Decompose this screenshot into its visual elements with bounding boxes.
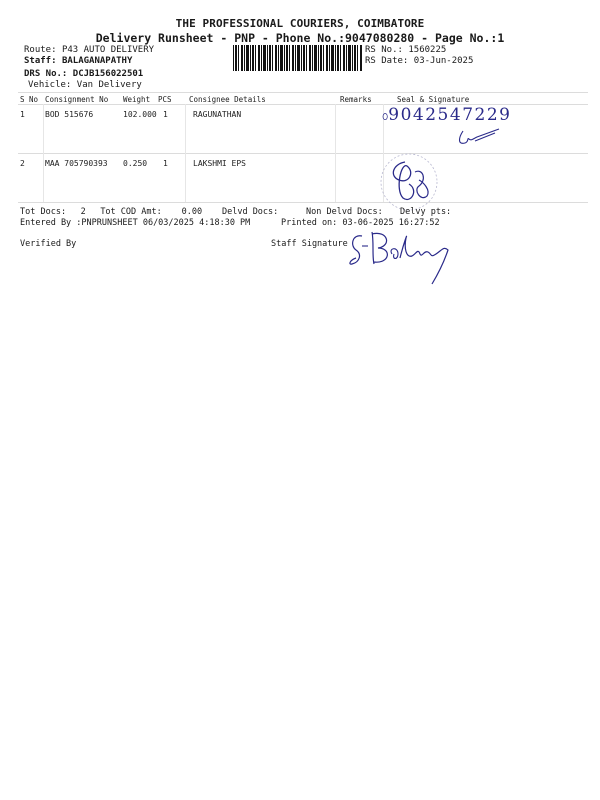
cell-consignment: BOD 515676 [45,110,93,119]
cell-pcs: 1 [163,159,168,168]
delvy-pts-label: Delvy pts: [400,207,451,217]
col-divider [43,104,44,202]
vehicle-value: Van Delivery [77,80,142,90]
printed-on-label: Printed on: [281,218,337,228]
printed-on-value: 03-06-2025 16:27:52 [342,218,439,228]
tot-docs-label: Tot Docs: [20,207,66,217]
col-header-remarks: Remarks [340,95,372,104]
col-divider [335,104,336,202]
entered-by-line: Entered By :PNPRUNSHEET 06/03/2025 4:18:… [20,218,250,228]
printed-on-line: Printed on: 03-06-2025 16:27:52 [281,218,440,228]
staff-label: Staff: [24,56,57,66]
table-bottom-rule [18,202,588,203]
drs-line: DRS No.: DCJB156022501 [24,69,143,79]
runsheet-subtitle: Delivery Runsheet - PNP - Phone No.:9047… [0,31,600,45]
verified-by-label: Verified By [20,239,76,249]
barcode [233,45,363,71]
cell-weight: 102.000 [123,110,157,119]
signature-mark [455,127,505,149]
vehicle-line: Vehicle: Van Delivery [28,80,142,90]
company-title: THE PROFESSIONAL COURIERS, COIMBATORE [0,17,600,30]
cell-sno: 2 [20,159,25,168]
col-header-consignee: Consignee Details [189,95,266,104]
col-header-sno: S No [20,95,38,104]
totals-line: Tot Docs: 2 Tot COD Amt: 0.00 Delvd Docs… [20,207,278,217]
delvd-docs-label: Delvd Docs: [222,207,278,217]
tot-cod-value: 0.00 [167,207,217,217]
cell-consignee: LAKSHMI EPS [193,159,246,168]
col-divider [185,104,186,202]
rs-date-label: RS Date: [365,56,408,66]
col-header-pcs: PCS [158,95,172,104]
rs-no-line: RS No.: 1560225 [365,45,446,55]
col-header-consignment: Consignment No [45,95,108,104]
vehicle-label: Vehicle: [28,80,71,90]
entered-by-label: Entered By : [20,218,81,228]
drs-value: DCJB156022501 [73,69,143,79]
tot-docs-value: 2 [71,207,95,217]
cell-sno: 1 [20,110,25,119]
route-label: Route: [24,45,57,55]
route-line: Route: P43 AUTO DELIVERY [24,45,154,55]
staff-value: BALAGANAPATHY [62,56,132,66]
table-top-rule [18,92,588,93]
route-value: P43 AUTO DELIVERY [62,45,154,55]
col-header-seal-signature: Seal & Signature [397,95,469,104]
entered-by-value: PNPRUNSHEET 06/03/2025 4:18:30 PM [81,218,250,228]
seal-stamp [375,150,455,212]
rs-date-value: 03-Jun-2025 [414,56,474,66]
staff-signature-label: Staff Signature [271,239,348,249]
staff-signature-mark [348,228,478,288]
handwritten-phone: ௦9042547229 [382,105,511,125]
tot-cod-label: Tot COD Amt: [100,207,161,217]
row-divider [18,153,588,154]
cell-weight: 0.250 [123,159,147,168]
cell-consignee: RAGUNATHAN [193,110,241,119]
rs-no-label: RS No.: [365,45,403,55]
staff-line: Staff: BALAGANAPATHY [24,56,132,66]
rs-no-value: 1560225 [408,45,446,55]
drs-label: DRS No.: [24,69,67,79]
non-delvd-docs-label: Non Delvd Docs: [306,207,383,217]
cell-consignment: MAA 705790393 [45,159,108,168]
rs-date-line: RS Date: 03-Jun-2025 [365,56,473,66]
col-header-weight: Weight [123,95,150,104]
cell-pcs: 1 [163,110,168,119]
